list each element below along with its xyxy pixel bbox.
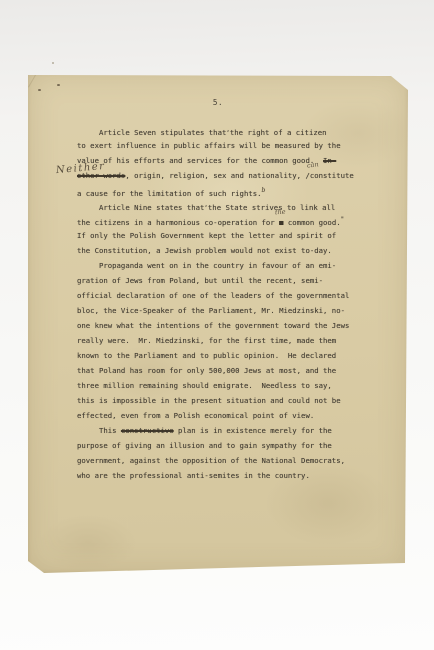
text-line: value of his efforts and services for th… [77,153,387,168]
text-line: other wordsNeither, origin, religion, se… [77,168,387,183]
typed-text: purpose of giving an illusion and to gai… [77,441,332,450]
text-line: a cause for the limitation of such right… [77,183,387,198]
pinhole [57,84,60,86]
typed-text: This [77,426,121,435]
typed-text: plan is in existence merely for the [174,426,332,435]
typed-text: b [262,187,266,194]
typed-text: Propaganda went on in the country in fav… [77,261,336,270]
text-line: Propaganda went on in the country in fav… [77,258,387,273]
text-line: known to the Parliament and to public op… [77,348,387,363]
text-line: really were. Mr. Miedzinski, for the fir… [77,333,387,348]
handwritten-annotation: can [306,157,320,173]
typed-text: Article Seven stipulates that [77,128,226,137]
typed-text: " [341,217,345,223]
text-line: If only the Polish Government kept the l… [77,228,387,243]
text-line: official declaration of one of the leade… [77,288,387,303]
handwritten-annotation: Neither [55,159,106,178]
typed-text: known to the Parliament and to public op… [77,351,336,360]
text-line: the Constitution, a Jewish problem would… [77,243,387,258]
typed-text: bloc, the Vice-Speaker of the Parliament… [77,306,345,315]
typed-text: common good. [284,218,341,227]
text-line: one knew what the intentions of the gove… [77,318,387,333]
typed-text: who are the professional anti-semites in… [77,471,310,480]
typed-text: really were. Mr. Miedzinski, for the fir… [77,336,336,345]
text-line: government, against the opposition of th… [77,453,387,468]
typed-text: the State strives to link all [208,203,335,212]
typed-text: three million remaining should emigrate.… [77,381,332,390]
struck-text: constructive [121,426,174,435]
typed-text: , origin, religion, sex and nationality, [125,171,305,180]
typed-text: gration of Jews from Poland, but until t… [77,276,323,285]
typed-text: one knew what the intentions of the gove… [77,321,349,330]
typed-text: this is impossible in the present situat… [77,396,341,405]
typed-text: Article Nine states that [77,203,204,212]
struck-text: In- [323,156,336,165]
text-line: Article Seven stipulates that,the right … [77,123,387,138]
typed-text: value of his efforts and services for th… [77,156,323,165]
text-line: bloc, the Vice-Speaker of the Parliament… [77,303,387,318]
text-line: three million remaining should emigrate.… [77,378,387,393]
dust-speck [52,62,54,64]
text-line: effected, even from a Polish economical … [77,408,387,423]
typed-text: the citizens in a harmonious co-operatio… [77,218,279,227]
text-line: the citizens in a harmonious co-operatio… [77,213,387,228]
typed-text: effected, even from a Polish economical … [77,411,314,420]
photo-background: 5. Article Seven stipulates that,the rig… [0,0,434,650]
text-line: gration of Jews from Poland, but until t… [77,273,387,288]
typed-text: /constitutecan [305,168,353,183]
typed-text: to exert influence in public affairs wil… [77,141,341,150]
pinhole [38,89,41,91]
struck-text: athe [279,215,283,230]
text-line: to exert influence in public affairs wil… [77,138,387,153]
typed-text: the Constitution, a Jewish problem would… [77,246,332,255]
typed-text: If only the Polish Government kept the l… [77,231,336,240]
text-line: Article Nine states that,the State striv… [77,198,387,213]
text-line: this is impossible in the present situat… [77,393,387,408]
text-line: This constructive plan is in existence m… [77,423,387,438]
page-number: 5. [28,98,408,107]
typed-text: government, against the opposition of th… [77,456,345,465]
typed-text: a cause for the limitation of such right… [77,189,262,198]
text-line: that Poland has room for only 500,000 Je… [77,363,387,378]
text-line: who are the professional anti-semites in… [77,468,387,483]
text-block: Article Seven stipulates that,the right … [77,123,387,483]
text-line: purpose of giving an illusion and to gai… [77,438,387,453]
typed-text: that Poland has room for only 500,000 Je… [77,366,336,375]
typed-text: official declaration of one of the leade… [77,291,349,300]
struck-text: other wordsNeither [77,168,125,183]
typed-text: the right of a citizen [230,128,327,137]
handwritten-annotation: the [275,205,287,221]
document-page: 5. Article Seven stipulates that,the rig… [28,73,408,573]
